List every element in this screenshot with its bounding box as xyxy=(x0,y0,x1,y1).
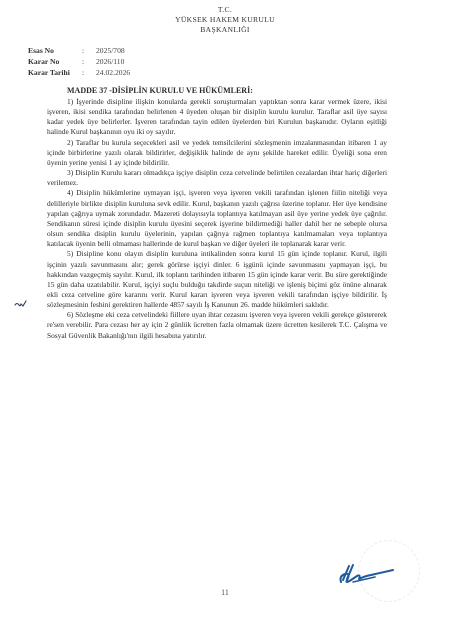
article-paragraph-3: 3) Disiplin Kurulu kararı olmadıkça işçi… xyxy=(47,168,387,188)
article-body: MADDE 37 -DİSİPLİN KURULU VE HÜKÜMLERİ: … xyxy=(47,86,387,341)
article-paragraph-1: 1) İşyerinde disipline ilişkin konularda… xyxy=(47,97,387,138)
signature-icon xyxy=(335,562,397,588)
article-paragraph-5: 5) Disipline konu olayın disiplin kurulu… xyxy=(47,249,387,310)
document-header: T.C. YÜKSEK HAKEM KURULU BAŞKANLIĞI xyxy=(0,5,450,35)
article-paragraph-4: 4) Disiplin hükümlerine uymayan işçi, iş… xyxy=(47,188,387,249)
meta-separator: : xyxy=(82,56,96,67)
header-institution: YÜKSEK HAKEM KURULU xyxy=(0,15,450,25)
meta-value: 2026/110 xyxy=(96,56,124,67)
page-number: 11 xyxy=(0,588,450,597)
article-title: MADDE 37 -DİSİPLİN KURULU VE HÜKÜMLERİ: xyxy=(67,86,387,96)
meta-separator: : xyxy=(82,45,96,56)
case-metadata: Esas No : 2025/708 Karar No : 2026/110 K… xyxy=(28,45,130,78)
meta-key: Esas No xyxy=(28,45,82,56)
meta-value: 2025/708 xyxy=(96,45,125,56)
meta-row-karar-tarihi: Karar Tarihi : 24.02.2026 xyxy=(28,67,130,78)
meta-key: Karar No xyxy=(28,56,82,67)
meta-row-esas: Esas No : 2025/708 xyxy=(28,45,130,56)
initials-mark-icon xyxy=(14,300,28,308)
meta-value: 24.02.2026 xyxy=(96,67,130,78)
article-paragraph-2: 2) Taraflar bu kurula seçecekleri asil v… xyxy=(47,138,387,168)
meta-separator: : xyxy=(82,67,96,78)
header-tc: T.C. xyxy=(0,5,450,15)
meta-key: Karar Tarihi xyxy=(28,67,82,78)
header-department: BAŞKANLIĞI xyxy=(0,25,450,35)
article-paragraph-6: 6) Sözleşme eki ceza cetvelindeki fiille… xyxy=(47,310,387,340)
meta-row-karar-no: Karar No : 2026/110 xyxy=(28,56,130,67)
